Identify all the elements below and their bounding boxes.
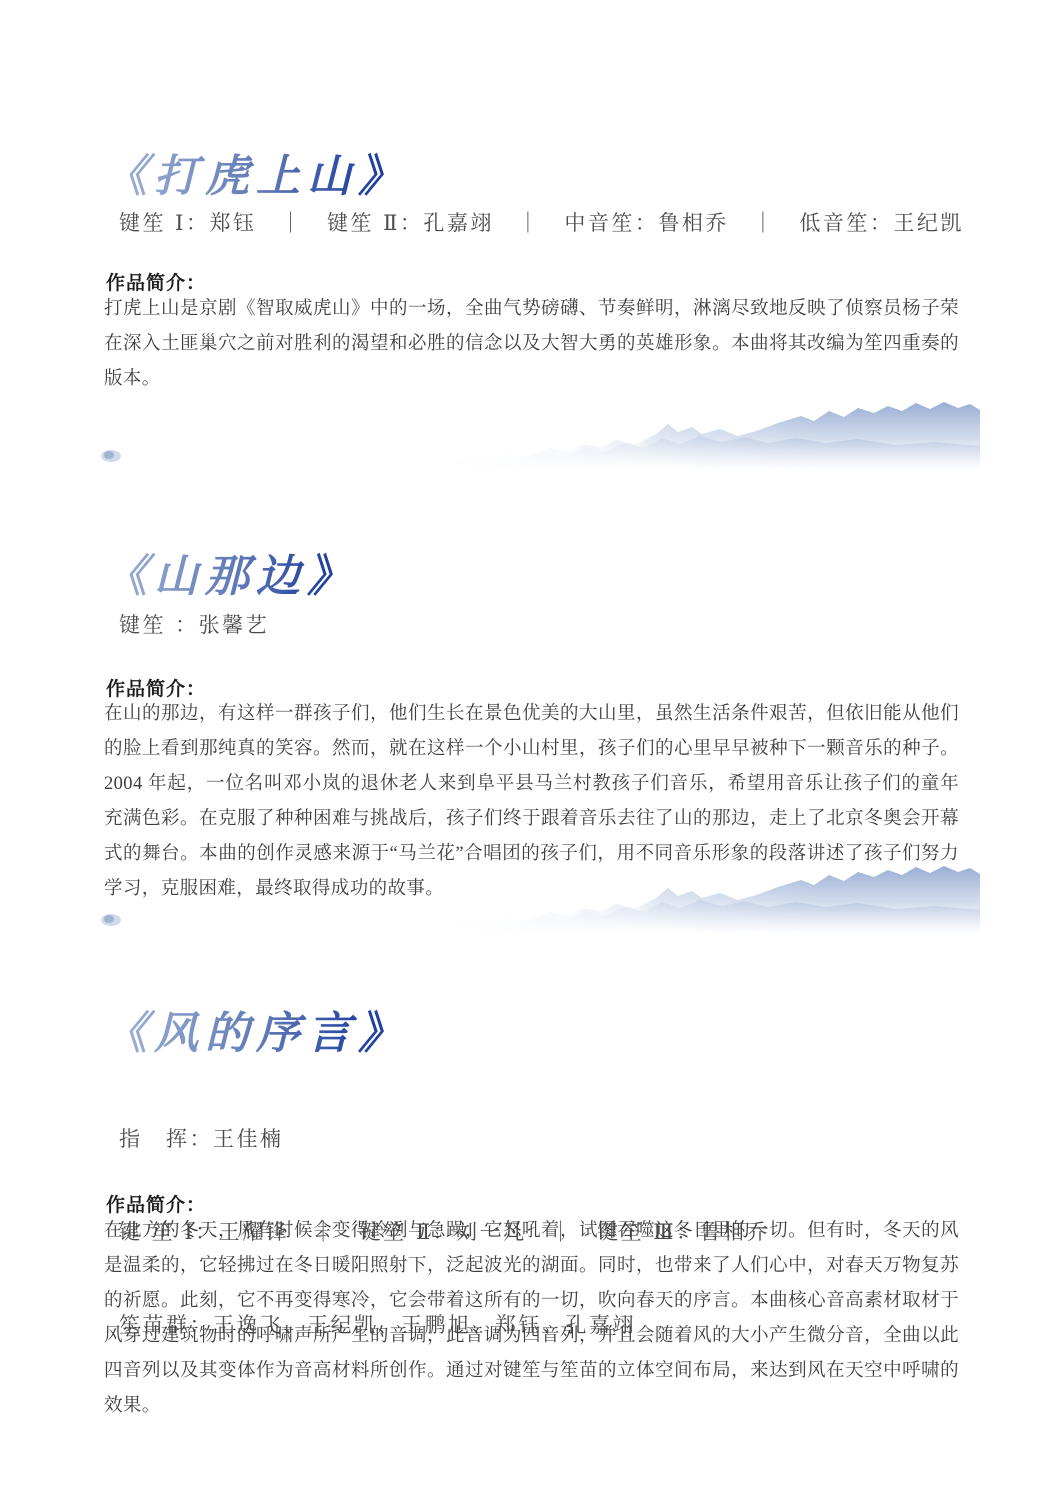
intro-text: 在北方的冬天，风有时候会变得冷冽与急躁，它怒吼着，试图吞噬这冬日里的一切。但有时… [104,1214,959,1424]
intro-label: 作品简介： [106,1190,206,1217]
intro-label: 作品简介： [106,268,206,295]
piece-title-2: 《山那边》 [103,540,358,604]
piece-title-1: 《打虎上山》 [103,140,409,204]
mountain-ink-decoration [96,860,980,934]
piece-title-3: 《风的序言》 [103,997,409,1061]
concert-program-page: 《打虎上山》 键笙 Ⅰ：郑钰 ｜ 键笙 Ⅱ：孔嘉翊 ｜ 中音笙：鲁相乔 ｜ 低音… [0,0,1038,1500]
performer-line: 键笙 Ⅰ：郑钰 ｜ 键笙 Ⅱ：孔嘉翊 ｜ 中音笙：鲁相乔 ｜ 低音笙：王纪凯 [119,208,964,239]
performer-line-conductor: 指 挥：王佳楠 [119,1124,770,1155]
mountain-ink-decoration [96,396,980,470]
intro-text: 打虎上山是京剧《智取威虎山》中的一场，全曲气势磅礴、节奏鲜明，淋漓尽致地反映了侦… [104,292,959,397]
performer-line: 键笙 ：张馨艺 [119,610,269,641]
